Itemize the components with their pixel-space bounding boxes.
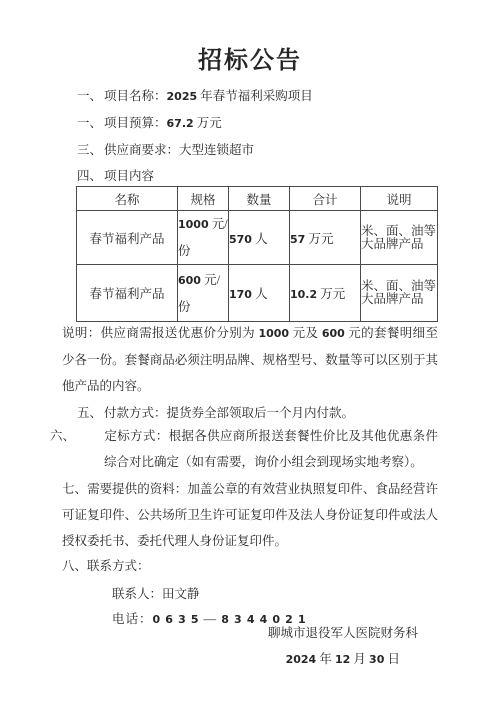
project-content-table: 名称 规格 数量 合计 说明 春节福利产品 1000 元/ 份 570 人 57… [76, 186, 438, 322]
header-cell-spec: 规格 [178, 187, 229, 211]
cell-total: 10.2 万元 [290, 265, 361, 322]
cell-quantity: 570 人 [229, 211, 290, 265]
cell-spec: 600 元/ 份 [178, 265, 229, 322]
table-row: 春节福利产品 600 元/ 份 170 人 10.2 万元 米、面、油等大品牌产… [77, 265, 438, 322]
item-marker: 一、 [77, 110, 104, 136]
cell-note: 米、面、油等大品牌产品 [361, 211, 438, 265]
item-supplier-requirement: 三、供应商要求：大型连锁超市 [77, 137, 438, 163]
item-text: 定标方式：根据各供应商所报送套餐性价比及其他优惠条件综合对比确定（如有需要，询价… [104, 429, 438, 469]
doc-title: 招标公告 [0, 44, 500, 78]
item-text: 付款方式：提货券全部领取后一个月内付款。 [104, 406, 354, 420]
item-marker: 三、 [77, 137, 104, 163]
item-project-budget: 一、项目预算：67.2 万元 [77, 110, 438, 137]
table-note-paragraph: 说明：供应商需报送优惠价分别为 1000 元及 600 元的套餐明细至少各一份。… [62, 320, 438, 399]
item-required-documents: 七、需要提供的资料：加盖公章的有效营业执照复印件、食品经营许可证复印件、公共场所… [62, 476, 438, 554]
header-cell-note: 说明 [361, 187, 438, 211]
cell-note: 米、面、油等大品牌产品 [361, 265, 438, 322]
item-text: 项目内容 [104, 169, 154, 183]
signature-date: 2024 年 12 月 30 日 [62, 646, 400, 673]
header-cell-total: 合计 [290, 187, 361, 211]
signature-organization: 聊城市退役军人医院财务科 [62, 620, 418, 646]
cell-product-name: 春节福利产品 [77, 265, 178, 322]
cell-total: 57 万元 [290, 211, 361, 265]
item-text: 项目预算：67.2 万元 [104, 116, 222, 130]
table-row: 春节福利产品 1000 元/ 份 570 人 57 万元 米、面、油等大品牌产品 [77, 211, 438, 265]
table-header-row: 名称 规格 数量 合计 说明 [77, 187, 438, 211]
item-contact-heading: 八、联系方式： [62, 553, 438, 579]
cell-product-name: 春节福利产品 [77, 211, 178, 265]
item-text: 供应商要求：大型连锁超市 [104, 143, 254, 157]
header-cell-name: 名称 [77, 187, 178, 211]
contact-person: 联系人：田文静 [112, 581, 438, 607]
item-project-name: 一、项目名称：2025 年春节福利采购项目 [77, 83, 438, 110]
item-text: 项目名称：2025 年春节福利采购项目 [104, 89, 313, 103]
cell-spec: 1000 元/ 份 [178, 211, 229, 265]
item-marker: 一、 [77, 83, 104, 109]
cell-quantity: 170 人 [229, 265, 290, 322]
item-award-method: 六、定标方式：根据各供应商所报送套餐性价比及其他优惠条件综合对比确定（如有需要，… [77, 423, 438, 475]
tender-announcement-page: 招标公告 一、项目名称：2025 年春节福利采购项目 一、项目预算：67.2 万… [0, 0, 500, 714]
item-marker: 六、 [77, 423, 104, 449]
header-cell-quantity: 数量 [229, 187, 290, 211]
